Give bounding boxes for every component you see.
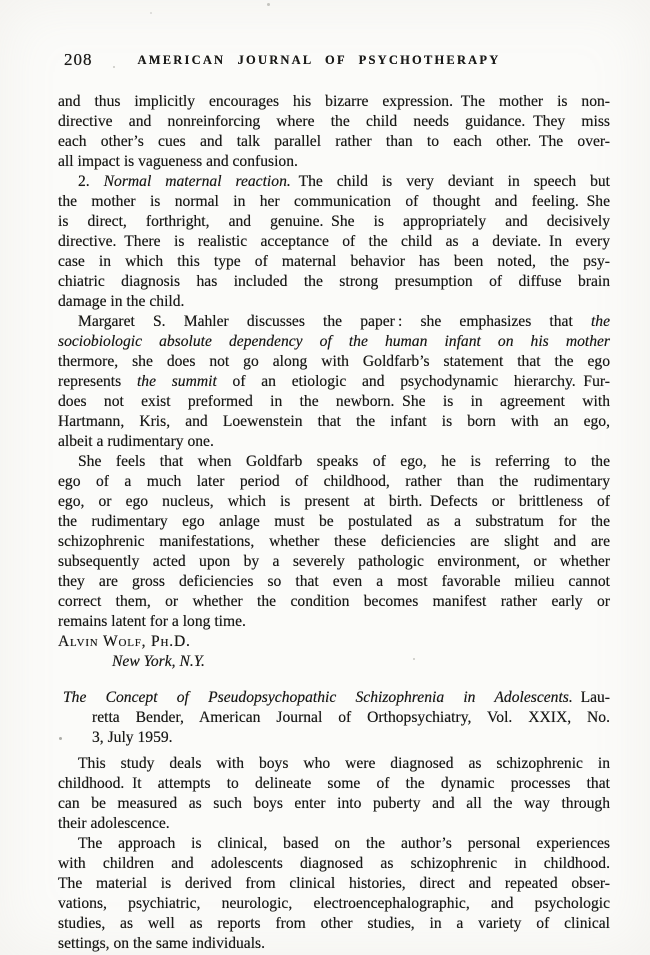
page-number: 208	[64, 50, 93, 70]
text-line: the mother is normal in her communicatio…	[58, 192, 610, 212]
paragraph-study-overview: This study deals with boys who were diag…	[58, 754, 610, 834]
text-segment: She feels that when Goldfarb speaks of e…	[78, 453, 610, 470]
text-segment: correct them, or whether the condition b…	[58, 593, 610, 610]
page-text-body: and thus implicitly encourages his bizar…	[58, 92, 610, 954]
text-segment: childhood. It attempts to delineate some…	[58, 775, 610, 792]
text-line: thermore, she does not go along with Gol…	[58, 352, 610, 372]
text-line: is direct, forthright, and genuine. She …	[58, 212, 610, 232]
text-line: damage in the child.	[58, 292, 610, 312]
text-segment: ego of a much later period of childhood,…	[58, 473, 610, 490]
text-line: represents the summit of an etiologic an…	[58, 372, 610, 392]
text-segment: This study deals with boys who were diag…	[78, 755, 610, 772]
text-segment: with children and adolescents diagnosed …	[58, 855, 610, 872]
text-line: their adolescence.	[58, 814, 610, 834]
text-segment: they are gross deficiencies so that even…	[58, 573, 610, 590]
text-segment: settings, on the same individuals.	[58, 935, 265, 952]
scan-speck	[59, 737, 62, 740]
text-line: childhood. It attempts to delineate some…	[58, 774, 610, 794]
text-line: correct them, or whether the condition b…	[58, 592, 610, 612]
text-segment: studies, as well as reports from other s…	[58, 915, 610, 932]
scan-speck	[413, 658, 415, 660]
text-segment: case in which this type of maternal beha…	[58, 253, 610, 270]
text-line: and thus implicitly encourages his bizar…	[58, 92, 610, 112]
author-signature: Alvin Wolf, Ph.D.	[58, 632, 610, 652]
text-segment: and thus implicitly encourages his bizar…	[58, 93, 610, 110]
text-line: retta Bender, American Journal of Orthop…	[58, 708, 610, 728]
text-segment: vations, psychiatric, neurologic, electr…	[58, 895, 610, 912]
text-line: can be measured as such boys enter into …	[58, 794, 610, 814]
scan-speck	[113, 66, 115, 68]
text-line: chiatric diagnosis has included the stro…	[58, 272, 610, 292]
text-line: they are gross deficiencies so that even…	[58, 572, 610, 592]
text-line: directive. There is realistic acceptance…	[58, 232, 610, 252]
text-segment: Margaret S. Mahler discusses the paper :…	[78, 313, 591, 330]
paragraph-mahler-discussion: Margaret S. Mahler discusses the paper :…	[58, 312, 610, 452]
text-segment: The material is derived from clinical hi…	[58, 875, 610, 892]
paragraph-clinical-approach: The approach is clinical, based on the a…	[58, 834, 610, 954]
text-segment: albeit a rudimentary one.	[58, 433, 214, 450]
text-line: schizophrenic manifestations, whether th…	[58, 532, 610, 552]
journal-running-head: AMERICAN JOURNAL OF PSYCHOTHERAPY	[98, 53, 540, 68]
text-segment: the rudimentary ego anlage must be postu…	[58, 513, 610, 530]
location-line: New York, N.Y.	[85, 652, 610, 672]
text-line: Hartmann, Kris, and Loewenstein that the…	[58, 412, 610, 432]
italic-text-segment: the summit	[137, 373, 217, 390]
text-segment: 2.	[78, 173, 104, 190]
italic-text-segment: Normal maternal reaction.	[104, 173, 291, 190]
italic-text-segment: sociobiologic absolute dependency of the…	[58, 333, 610, 350]
text-line: albeit a rudimentary one.	[58, 432, 610, 452]
text-line: 2. Normal maternal reaction. The child i…	[58, 172, 610, 192]
text-segment: ego, or ego nucleus, which is present at…	[58, 493, 610, 510]
scan-speck	[150, 12, 152, 14]
journal-page: 208 AMERICAN JOURNAL OF PSYCHOTHERAPY an…	[0, 0, 650, 955]
author-location: New York, N.Y.	[58, 652, 610, 672]
italic-text-segment: the	[591, 313, 610, 330]
text-segment: damage in the child.	[58, 293, 184, 310]
text-segment: their adolescence.	[58, 815, 170, 832]
text-line: does not exist preformed in the newborn.…	[58, 392, 610, 412]
text-segment: Lau-	[573, 689, 610, 706]
text-line: This study deals with boys who were diag…	[58, 754, 610, 774]
signature-line: Alvin Wolf, Ph.D.	[58, 632, 597, 652]
text-segment: directive. There is realistic acceptance…	[58, 233, 610, 250]
text-line: sociobiologic absolute dependency of the…	[58, 332, 610, 352]
text-line: vations, psychiatric, neurologic, electr…	[58, 894, 610, 914]
text-line: settings, on the same individuals.	[58, 934, 610, 954]
text-line: the rudimentary ego anlage must be postu…	[58, 512, 610, 532]
text-line: The approach is clinical, based on the a…	[58, 834, 610, 854]
text-line: with children and adolescents diagnosed …	[58, 854, 610, 874]
text-segment: retta Bender, American Journal of Orthop…	[92, 709, 610, 726]
text-line: Margaret S. Mahler discusses the paper :…	[58, 312, 610, 332]
text-line: all impact is vagueness and confusion.	[58, 152, 610, 172]
text-segment: 3, July 1959.	[92, 729, 173, 746]
text-segment: the mother is normal in her communicatio…	[58, 193, 610, 210]
text-line: directive and nonreinforcing where the c…	[58, 112, 610, 132]
paragraph-normal-maternal-reaction: 2. Normal maternal reaction. The child i…	[58, 172, 610, 312]
paragraph-continuation: and thus implicitly encourages his bizar…	[58, 92, 610, 172]
text-segment: remains latent for a long time.	[58, 613, 246, 630]
text-line: remains latent for a long time.	[58, 612, 610, 632]
text-line: case in which this type of maternal beha…	[58, 252, 610, 272]
scan-speck	[267, 3, 270, 6]
text-segment: does not exist preformed in the newborn.…	[58, 393, 610, 410]
text-line: each other’s cues and talk parallel rath…	[58, 132, 610, 152]
text-segment: of an etiologic and psychodynamic hierar…	[217, 373, 610, 390]
paragraph-she-feels: She feels that when Goldfarb speaks of e…	[58, 452, 610, 632]
text-segment: The child is very deviant in speech but	[291, 173, 610, 190]
text-line: The Concept of Pseudopsychopathic Schizo…	[58, 688, 610, 708]
text-line: ego of a much later period of childhood,…	[58, 472, 610, 492]
text-segment: directive and nonreinforcing where the c…	[58, 113, 610, 130]
text-line: studies, as well as reports from other s…	[58, 914, 610, 934]
text-segment: each other’s cues and talk parallel rath…	[58, 133, 610, 150]
page-masthead: 208 AMERICAN JOURNAL OF PSYCHOTHERAPY	[58, 50, 610, 72]
text-segment: represents	[58, 373, 137, 390]
text-line: ego, or ego nucleus, which is present at…	[58, 492, 610, 512]
text-segment: subsequently acted upon by a severely pa…	[58, 553, 610, 570]
text-line: 3, July 1959.	[58, 728, 610, 748]
text-segment: is direct, forthright, and genuine. She …	[58, 213, 610, 230]
text-segment: can be measured as such boys enter into …	[58, 795, 610, 812]
text-segment: chiatric diagnosis has included the stro…	[58, 273, 610, 290]
italic-text-segment: The Concept of Pseudopsychopathic Schizo…	[63, 689, 573, 706]
text-segment: Hartmann, Kris, and Loewenstein that the…	[58, 413, 610, 430]
text-segment: The approach is clinical, based on the a…	[78, 835, 610, 852]
reference-citation: The Concept of Pseudopsychopathic Schizo…	[58, 688, 610, 748]
text-line: subsequently acted upon by a severely pa…	[58, 552, 610, 572]
text-line: The material is derived from clinical hi…	[58, 874, 610, 894]
text-line: She feels that when Goldfarb speaks of e…	[58, 452, 610, 472]
text-segment: schizophrenic manifestations, whether th…	[58, 533, 610, 550]
text-segment: all impact is vagueness and confusion.	[58, 153, 298, 170]
text-segment: thermore, she does not go along with Gol…	[58, 353, 610, 370]
